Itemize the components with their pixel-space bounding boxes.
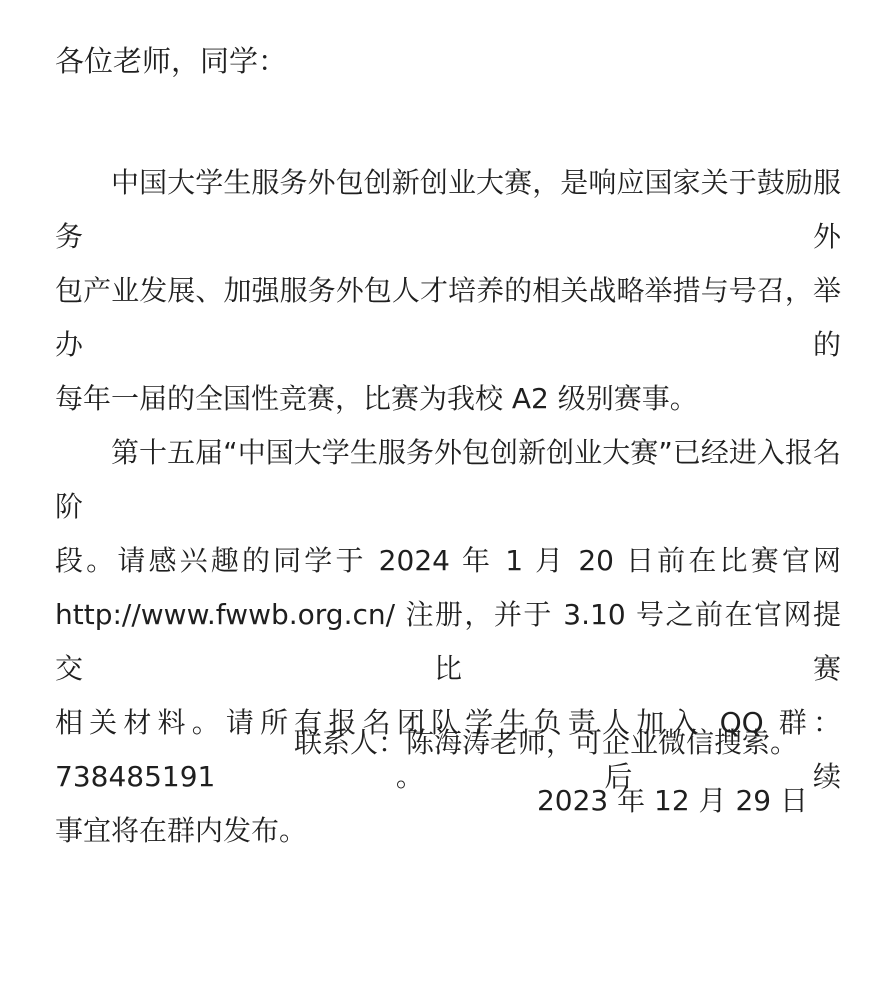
body-line-3: 每年一届的全国性竞赛，比赛为我校 A2 级别赛事。 <box>55 372 841 426</box>
body-line-1: 中国大学生服务外包创新创业大赛，是响应国家关于鼓励服务外 <box>55 156 841 264</box>
greeting-line: 各位老师，同学： <box>55 42 287 80</box>
date-line: 2023 年 12 月 29 日 <box>0 784 808 818</box>
contact-line: 联系人：陈海涛老师，可企业微信搜索。 <box>0 726 798 760</box>
body-line-5: 段。请感兴趣的同学于 2024 年 1 月 20 日前在比赛官网 <box>55 534 841 588</box>
body-line-6-url: http://www.fwwb.org.cn/ 注册，并于 3.10 号之前在官… <box>55 588 841 696</box>
body-line-4: 第十五届“中国大学生服务外包创新创业大赛”已经进入报名阶 <box>55 426 841 534</box>
document-page: 各位老师，同学： 中国大学生服务外包创新创业大赛，是响应国家关于鼓励服务外 包产… <box>0 0 878 995</box>
body-line-2: 包产业发展、加强服务外包人才培养的相关战略举措与号召，举办的 <box>55 264 841 372</box>
